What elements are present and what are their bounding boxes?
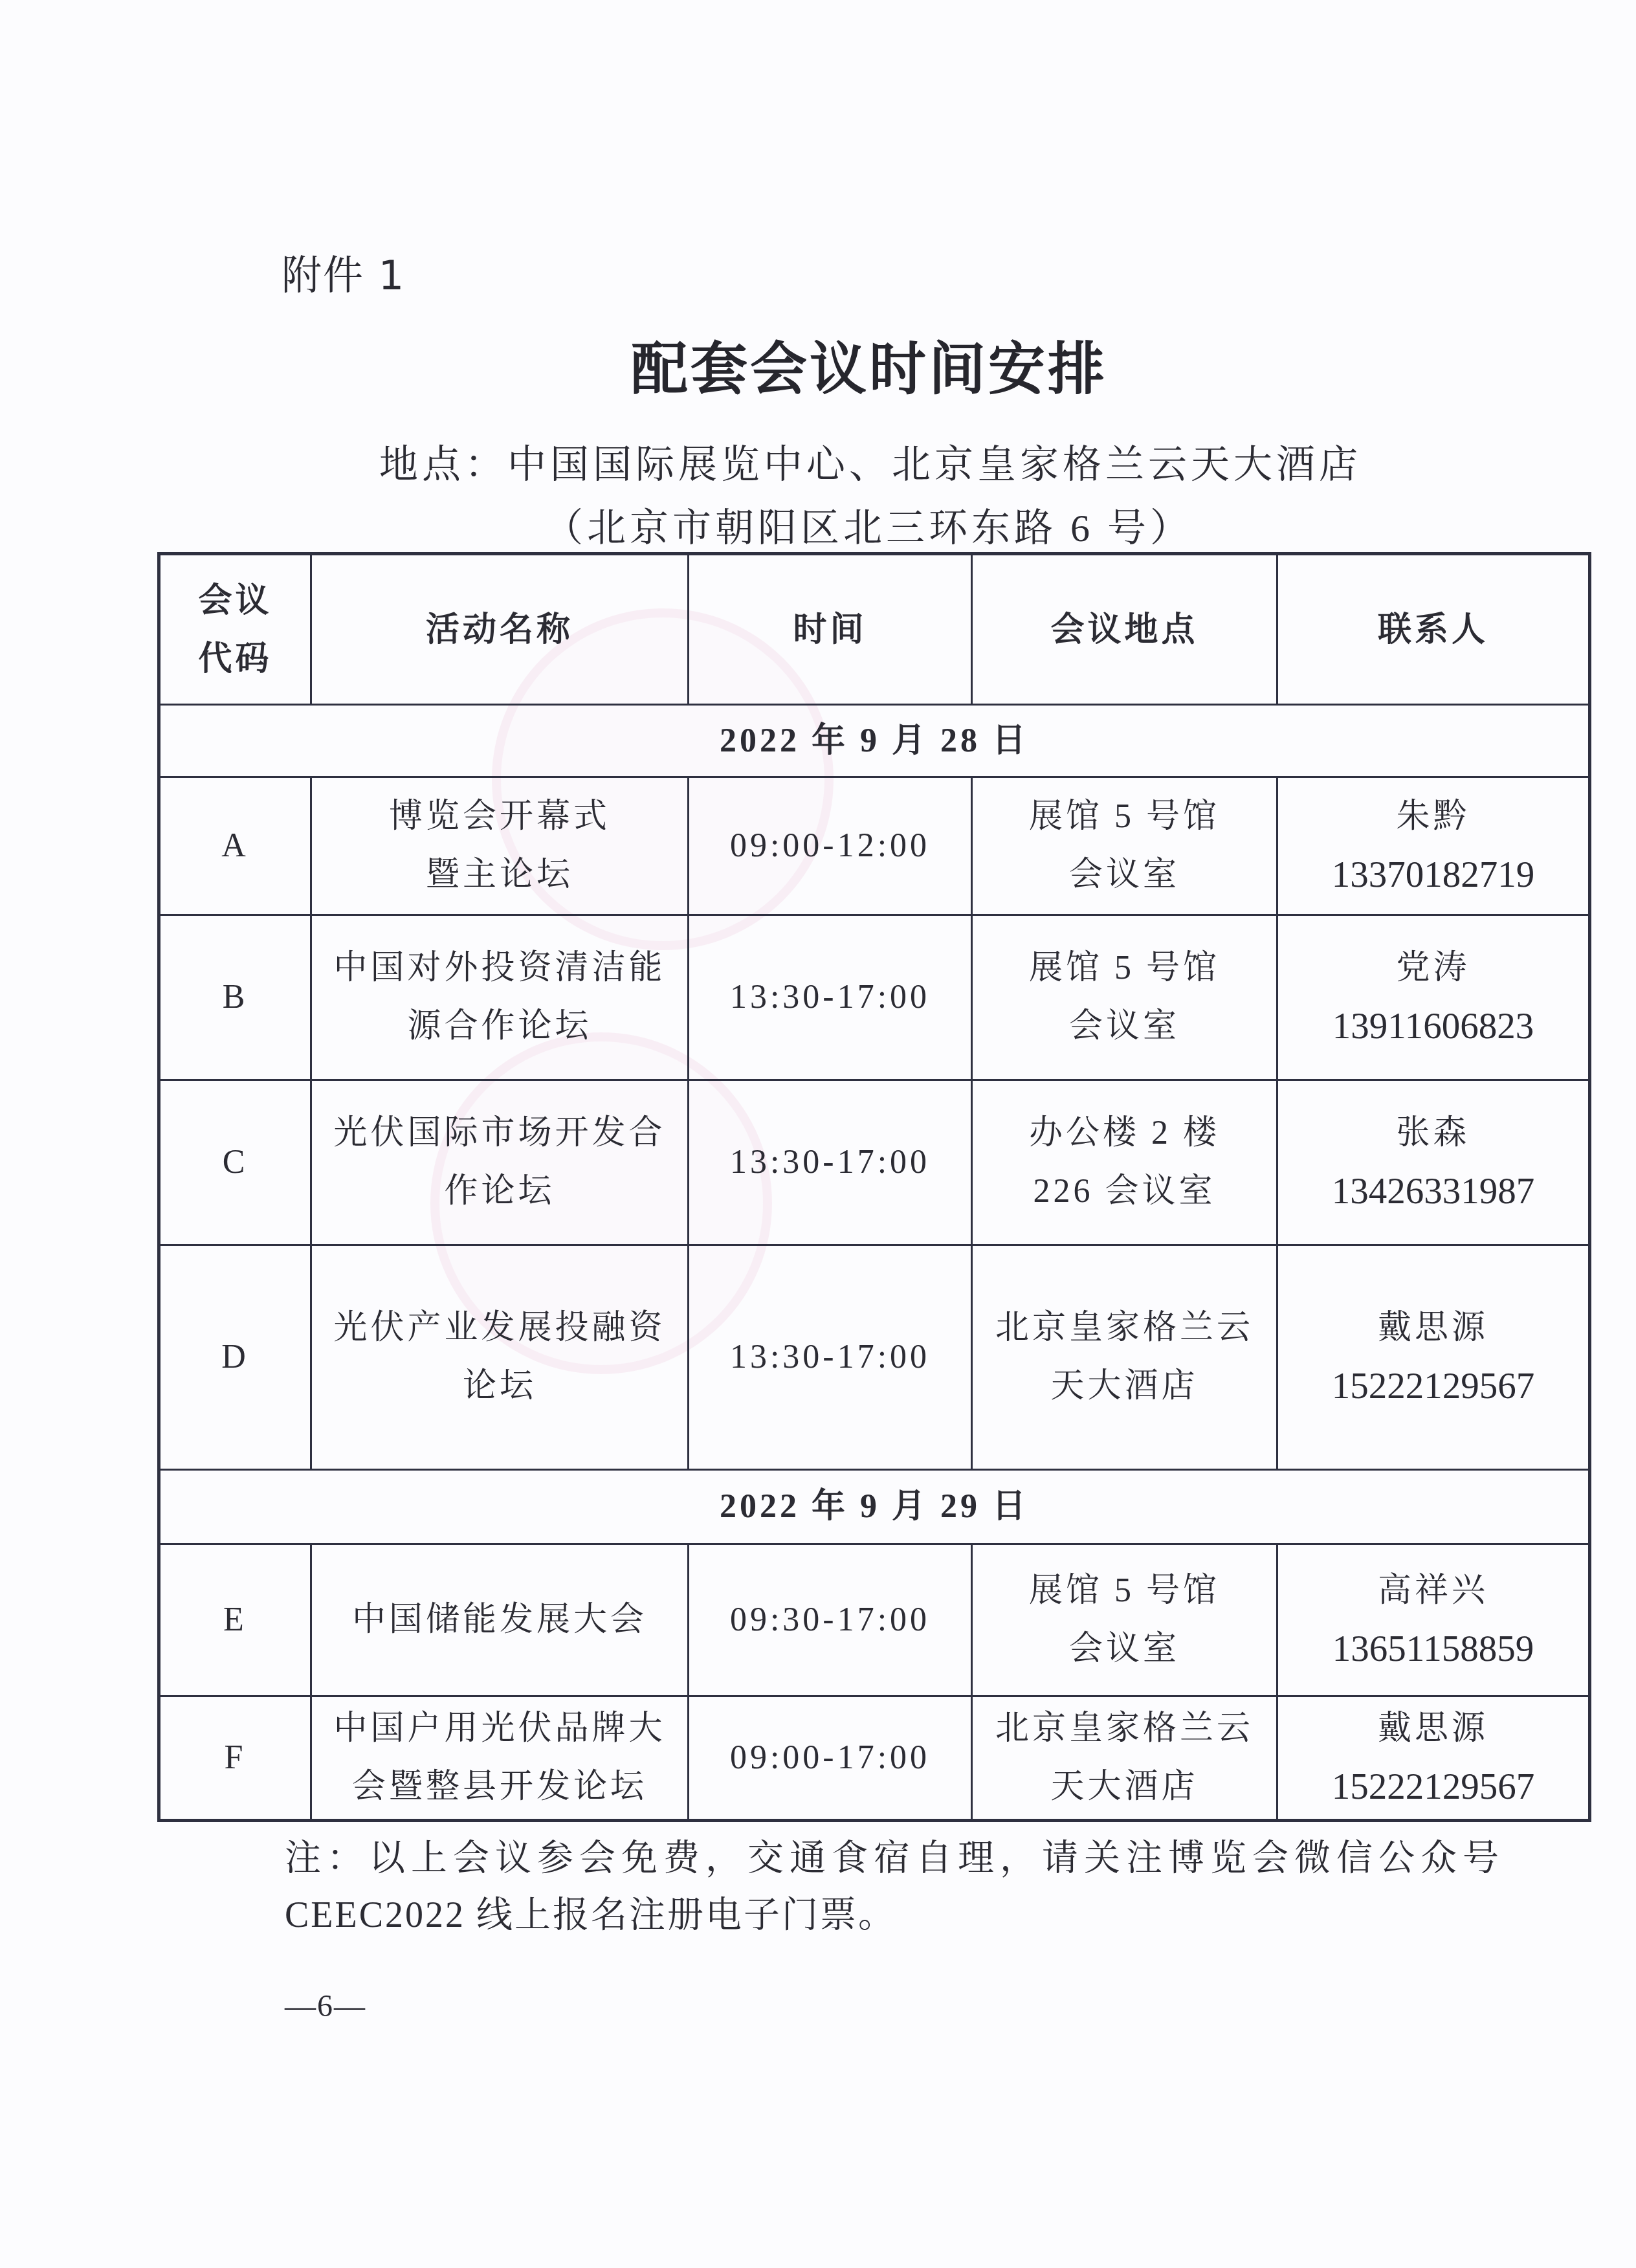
venue-line: 展馆 5 号馆 bbox=[973, 939, 1276, 997]
venue-line: 会议室 bbox=[973, 997, 1276, 1056]
meeting-code: F bbox=[159, 1696, 311, 1821]
event-name: 博览会开幕式 暨主论坛 bbox=[311, 777, 689, 915]
event-name-line: 光伏产业发展投融资 bbox=[312, 1299, 687, 1357]
date-label: 2022 年 9 月 28 日 bbox=[159, 705, 1590, 777]
meeting-code: D bbox=[159, 1245, 311, 1470]
contact-phone: 13911606823 bbox=[1278, 997, 1588, 1056]
event-venue: 北京皇家格兰云 天大酒店 bbox=[972, 1696, 1277, 1821]
meeting-code: B bbox=[159, 915, 311, 1080]
event-name-line: 暨主论坛 bbox=[312, 846, 687, 904]
venue-line: 会议室 bbox=[973, 1620, 1276, 1678]
footnote-line2: CEEC2022 线上报名注册电子门票。 bbox=[285, 1886, 896, 1938]
event-venue: 展馆 5 号馆 会议室 bbox=[972, 915, 1277, 1080]
event-name-line: 论坛 bbox=[312, 1357, 687, 1416]
event-time: 13:30-17:00 bbox=[689, 915, 972, 1080]
contact-phone: 13370182719 bbox=[1278, 846, 1588, 904]
contact-name: 戴思源 bbox=[1278, 1700, 1588, 1758]
event-name: 中国户用光伏品牌大 会暨整县开发论坛 bbox=[311, 1696, 689, 1821]
event-venue: 展馆 5 号馆 会议室 bbox=[972, 777, 1277, 915]
table-row: C 光伏国际市场开发合 作论坛 13:30-17:00 办公楼 2 楼 226 … bbox=[159, 1080, 1590, 1245]
table-row: A 博览会开幕式 暨主论坛 09:00-12:00 展馆 5 号馆 会议室 朱黔… bbox=[159, 777, 1590, 915]
event-venue: 北京皇家格兰云 天大酒店 bbox=[972, 1245, 1277, 1470]
contact-phone: 13651158859 bbox=[1278, 1620, 1588, 1678]
venue-line: 北京皇家格兰云 bbox=[973, 1700, 1276, 1758]
contact: 党涛 13911606823 bbox=[1277, 915, 1590, 1080]
contact-name: 党涛 bbox=[1278, 939, 1588, 997]
event-name-line: 中国储能发展大会 bbox=[312, 1591, 687, 1649]
event-venue: 展馆 5 号馆 会议室 bbox=[972, 1544, 1277, 1696]
date-row: 2022 年 9 月 28 日 bbox=[159, 705, 1590, 777]
event-name-line: 会暨整县开发论坛 bbox=[312, 1758, 687, 1816]
event-time: 09:00-12:00 bbox=[689, 777, 972, 915]
contact: 戴思源 15222129567 bbox=[1277, 1696, 1590, 1821]
page-number: —6— bbox=[285, 1988, 366, 2024]
attachment-label: 附件 1 bbox=[282, 243, 405, 301]
contact-name: 戴思源 bbox=[1278, 1299, 1588, 1357]
header-code: 会议 代码 bbox=[159, 554, 311, 705]
header-time: 时间 bbox=[689, 554, 972, 705]
header-name: 活动名称 bbox=[311, 554, 689, 705]
contact-name: 高祥兴 bbox=[1278, 1562, 1588, 1620]
table-row: D 光伏产业发展投融资 论坛 13:30-17:00 北京皇家格兰云 天大酒店 … bbox=[159, 1245, 1590, 1470]
venue-line: 226 会议室 bbox=[973, 1162, 1276, 1221]
event-name-line: 源合作论坛 bbox=[312, 997, 687, 1056]
event-name: 中国对外投资清洁能 源合作论坛 bbox=[311, 915, 689, 1080]
schedule-table: 会议 代码 活动名称 时间 会议地点 联系人 2022 年 9 月 28 日 A… bbox=[157, 552, 1591, 1822]
event-name: 中国储能发展大会 bbox=[311, 1544, 689, 1696]
date-label: 2022 年 9 月 29 日 bbox=[159, 1470, 1590, 1544]
event-name-line: 作论坛 bbox=[312, 1162, 687, 1221]
contact: 张森 13426331987 bbox=[1277, 1080, 1590, 1245]
contact: 朱黔 13370182719 bbox=[1277, 777, 1590, 915]
table-row: B 中国对外投资清洁能 源合作论坛 13:30-17:00 展馆 5 号馆 会议… bbox=[159, 915, 1590, 1080]
contact-name: 张森 bbox=[1278, 1104, 1588, 1162]
header-contact: 联系人 bbox=[1277, 554, 1590, 705]
page-title: 配套会议时间安排 bbox=[0, 324, 1636, 405]
contact-phone: 15222129567 bbox=[1278, 1758, 1588, 1816]
event-name-line: 光伏国际市场开发合 bbox=[312, 1104, 687, 1162]
venue-line: 会议室 bbox=[973, 846, 1276, 904]
contact: 戴思源 15222129567 bbox=[1277, 1245, 1590, 1470]
meeting-code: E bbox=[159, 1544, 311, 1696]
meeting-code: A bbox=[159, 777, 311, 915]
contact: 高祥兴 13651158859 bbox=[1277, 1544, 1590, 1696]
footnote-line1: 注：以上会议参会免费，交通食宿自理，请关注博览会微信公众号 bbox=[285, 1829, 1505, 1881]
contact-name: 朱黔 bbox=[1278, 788, 1588, 846]
event-name-line: 中国户用光伏品牌大 bbox=[312, 1700, 687, 1758]
venue-line: 展馆 5 号馆 bbox=[973, 1562, 1276, 1620]
event-venue: 办公楼 2 楼 226 会议室 bbox=[972, 1080, 1277, 1245]
meeting-code: C bbox=[159, 1080, 311, 1245]
event-time: 13:30-17:00 bbox=[689, 1080, 972, 1245]
date-row: 2022 年 9 月 29 日 bbox=[159, 1470, 1590, 1544]
event-time: 13:30-17:00 bbox=[689, 1245, 972, 1470]
venue-line: 北京皇家格兰云 bbox=[973, 1299, 1276, 1357]
venue-line: 天大酒店 bbox=[973, 1357, 1276, 1416]
event-time: 09:30-17:00 bbox=[689, 1544, 972, 1696]
table-header-row: 会议 代码 活动名称 时间 会议地点 联系人 bbox=[159, 554, 1590, 705]
venue-line: 天大酒店 bbox=[973, 1758, 1276, 1816]
header-venue: 会议地点 bbox=[972, 554, 1277, 705]
event-time: 09:00-17:00 bbox=[689, 1696, 972, 1821]
table-row: E 中国储能发展大会 09:30-17:00 展馆 5 号馆 会议室 高祥兴 1… bbox=[159, 1544, 1590, 1696]
event-name-line: 博览会开幕式 bbox=[312, 788, 687, 846]
event-name-line: 中国对外投资清洁能 bbox=[312, 939, 687, 997]
header-code-line1: 会议 bbox=[160, 572, 310, 630]
location-line: 地点：中国国际展览中心、北京皇家格兰云天大酒店 bbox=[0, 434, 1636, 489]
venue-line: 展馆 5 号馆 bbox=[973, 788, 1276, 846]
address-line: （北京市朝阳区北三环东路 6 号） bbox=[0, 497, 1636, 553]
venue-line: 办公楼 2 楼 bbox=[973, 1104, 1276, 1162]
header-code-line2: 代码 bbox=[160, 630, 310, 688]
contact-phone: 15222129567 bbox=[1278, 1357, 1588, 1416]
table-row: F 中国户用光伏品牌大 会暨整县开发论坛 09:00-17:00 北京皇家格兰云… bbox=[159, 1696, 1590, 1821]
event-name: 光伏国际市场开发合 作论坛 bbox=[311, 1080, 689, 1245]
contact-phone: 13426331987 bbox=[1278, 1162, 1588, 1221]
event-name: 光伏产业发展投融资 论坛 bbox=[311, 1245, 689, 1470]
